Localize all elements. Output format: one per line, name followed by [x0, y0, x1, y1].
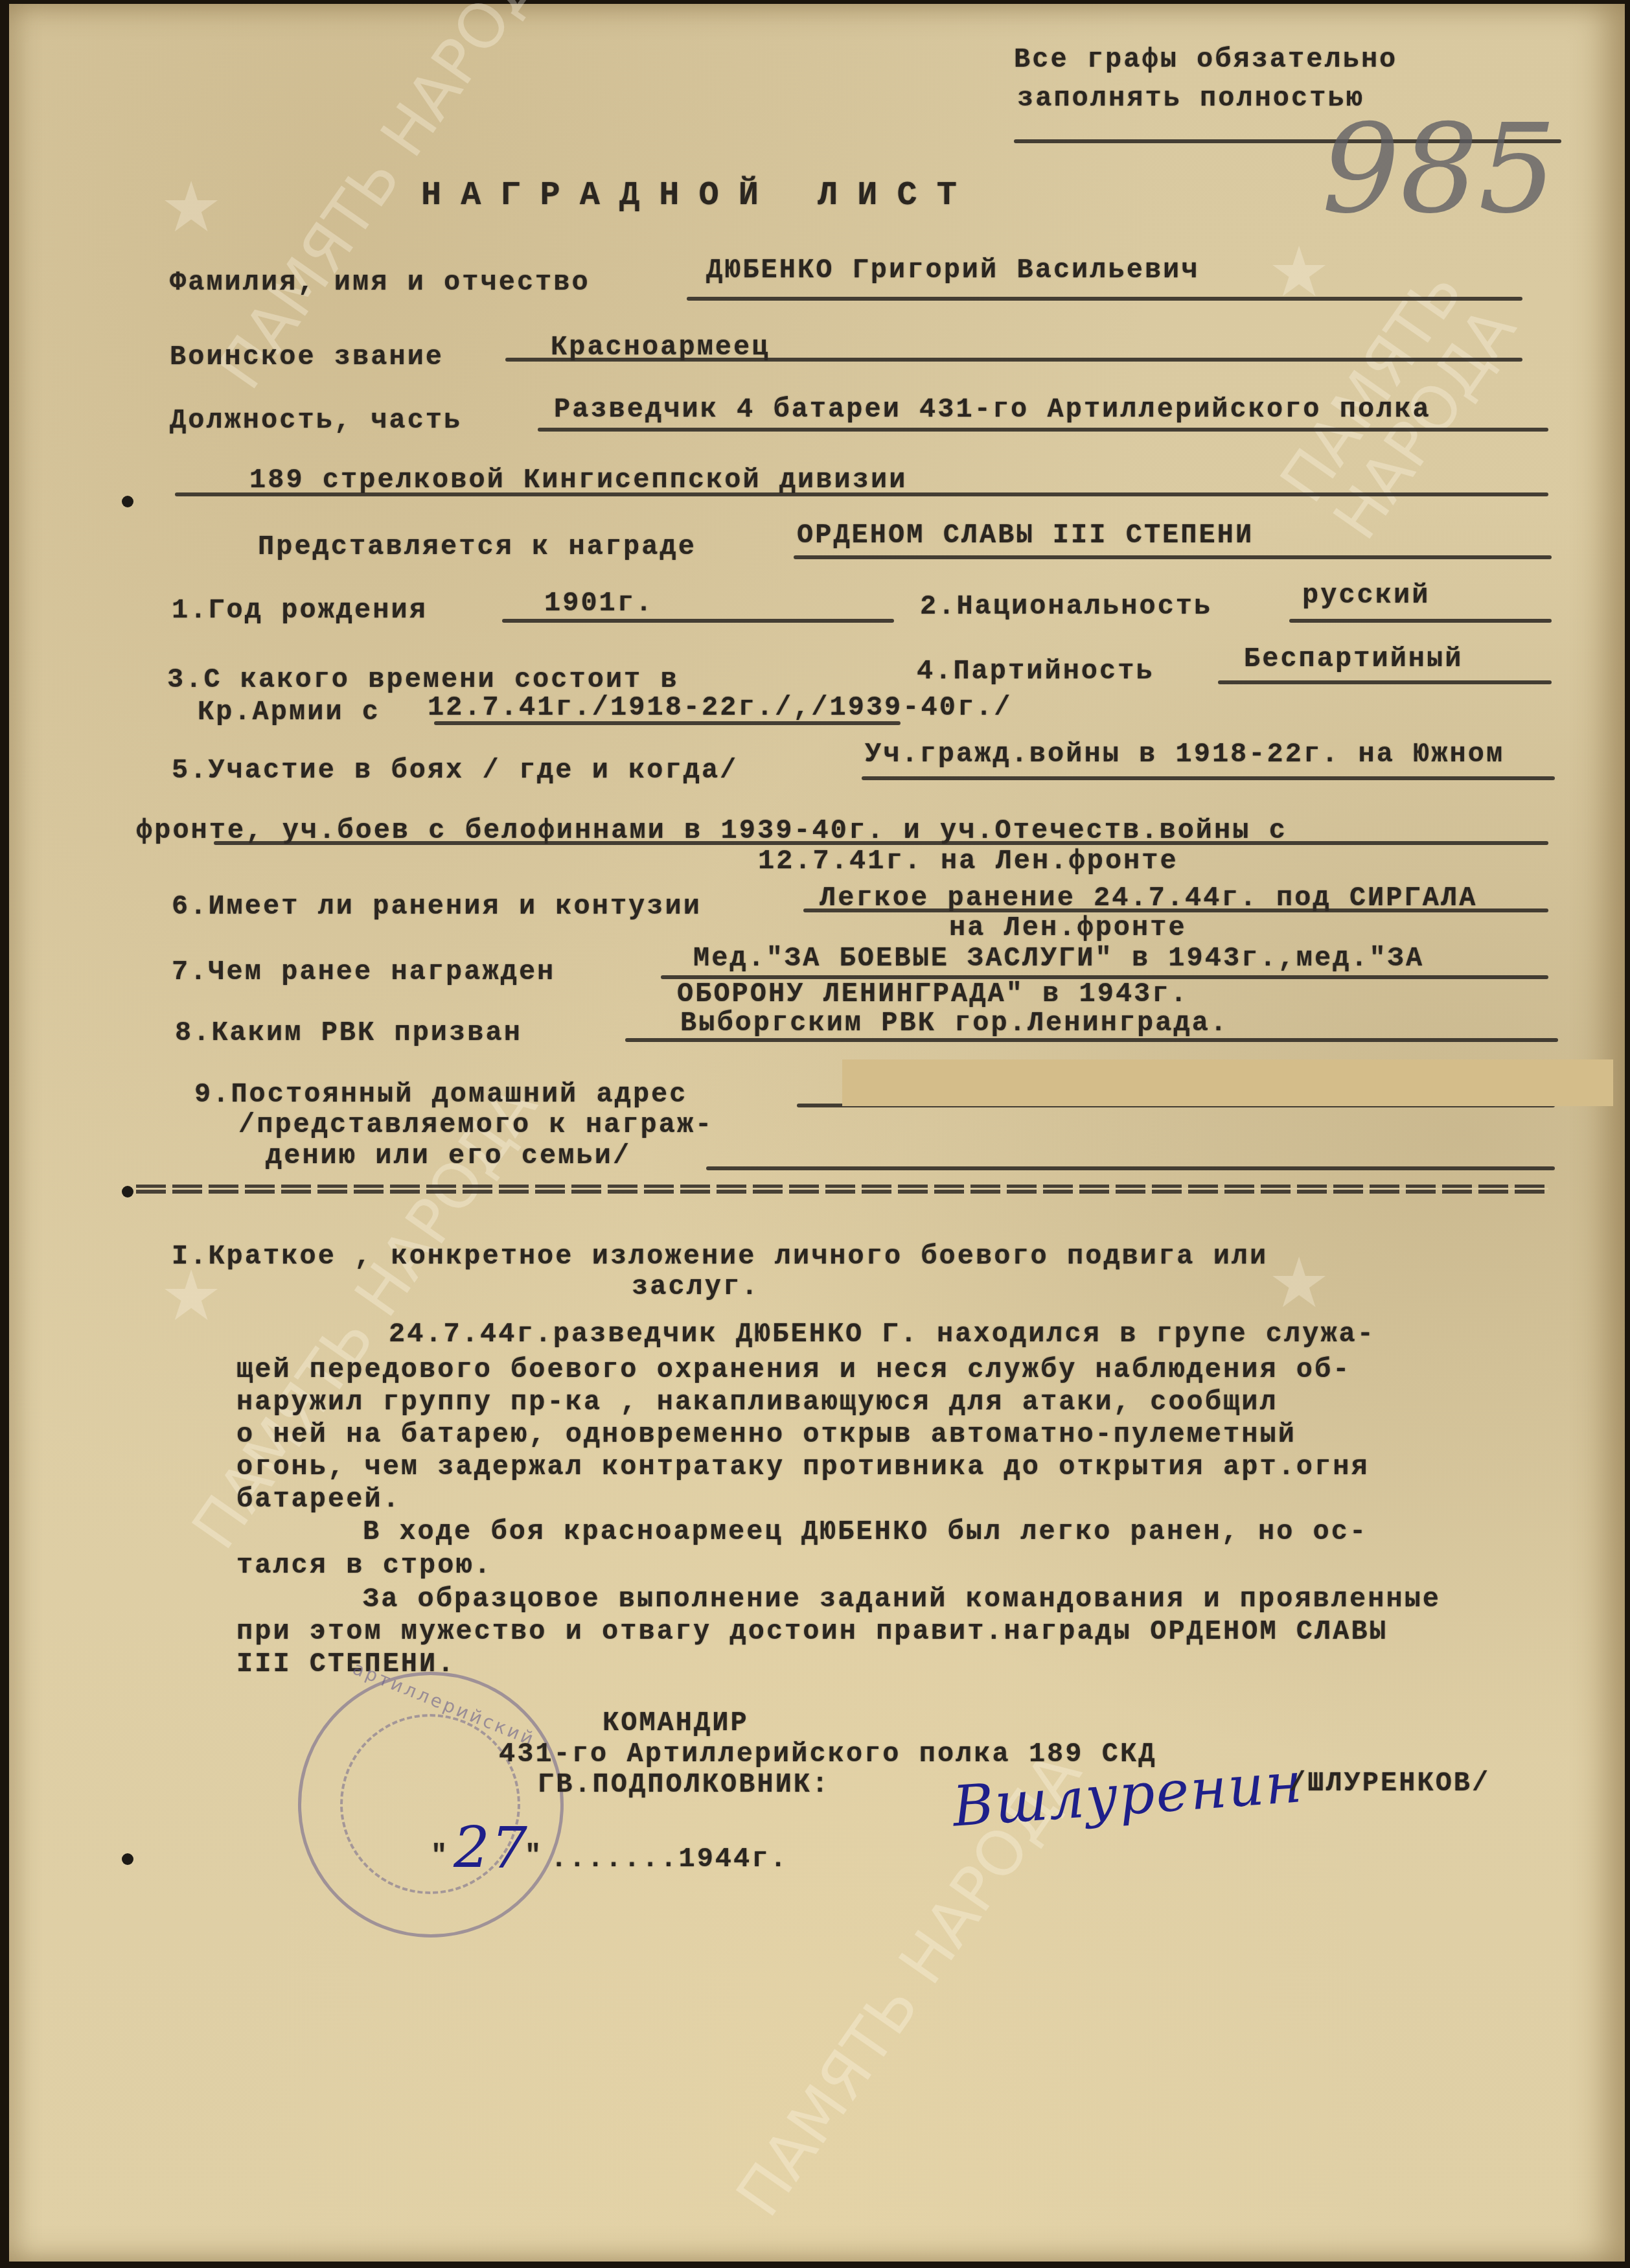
narrative-line: тался в строю. [236, 1550, 492, 1581]
handwritten-date-day: 27 [453, 1814, 529, 1881]
narrative-line: батареей. [236, 1484, 401, 1515]
battles-label: 5.Участие в боях / где и когда/ [172, 755, 738, 786]
battles-underline [862, 776, 1555, 780]
narrative-heading: I.Краткое , конкретное изложение личного… [172, 1241, 1268, 1272]
address-underline-2 [706, 1166, 1555, 1170]
draft-office-underline [625, 1038, 1558, 1042]
punch-hole-mark [122, 1186, 133, 1198]
award-label: Представляется к награде [258, 531, 696, 562]
narrative-line: За образцовое выполнение заданий командо… [363, 1584, 1441, 1615]
signer-title: КОМАНДИР [603, 1707, 749, 1739]
prior-awards-value-continued: ОБОРОНУ ЛЕНИНГРАДА" в 1943г. [677, 978, 1189, 1010]
narrative-line: о ней на батарею, одновременно открыв ав… [236, 1419, 1296, 1450]
narrative-line: щей передового боевого охранения и неся … [236, 1354, 1351, 1385]
watermark-star-icon: ★ [1270, 207, 1328, 327]
draft-office-value: Выборгским РВК гор.Ленинграда. [680, 1008, 1228, 1039]
position-value-continued: 189 стрелковой Кингисеппской дивизии [249, 465, 907, 496]
section-separator [136, 1185, 1548, 1194]
nationality-label: 2.Национальность [920, 591, 1212, 622]
position-label: Должность, часть [170, 405, 462, 436]
position-value: Разведчик 4 батареи 431-го Артиллерийско… [554, 394, 1431, 425]
signer-name: /ШЛУРЕНКОВ/ [1289, 1768, 1490, 1799]
army-since-value: 12.7.41г./1918-22г./,/1939-40г./ [428, 692, 1013, 723]
corner-note: заполнять полностью [1017, 83, 1364, 114]
address-redaction [842, 1059, 1613, 1106]
battles-underline-2 [214, 841, 1548, 845]
narrative-line: 24.7.44г.разведчик ДЮБЕНКО Г. находился … [389, 1319, 1375, 1350]
army-since-label-continued: Кр.Армии с [198, 697, 380, 728]
birth-year-value: 1901г. [544, 588, 654, 619]
punch-hole-mark [122, 1853, 133, 1865]
full-name-underline [687, 297, 1522, 301]
army-since-label: 3.С какого времени состоит в [167, 664, 679, 695]
narrative-heading-continued: заслуг. [632, 1271, 759, 1302]
prior-awards-value: Мед."ЗА БОЕВЫЕ ЗАСЛУГИ" в 1943г.,мед."ЗА [693, 943, 1424, 974]
archive-number: 985 [1322, 97, 1557, 240]
party-value: Беспартийный [1244, 643, 1463, 675]
nationality-value: русский [1302, 580, 1430, 611]
narrative-line: при этом мужество и отвагу достоин прави… [236, 1616, 1388, 1647]
rank-label: Воинское звание [170, 341, 444, 373]
battles-value: Уч.гражд.войны в 1918-22г. на Южном [865, 739, 1504, 770]
punch-hole-mark [122, 496, 133, 507]
full-name-value: ДЮБЕНКО Григорий Васильевич [706, 255, 1200, 286]
watermark-star-icon: ★ [162, 143, 220, 262]
army-since-underline [434, 721, 901, 725]
date-close-quote: " [525, 1840, 543, 1871]
address-label: 9.Постоянный домашний адрес [194, 1079, 688, 1110]
wounds-value-continued: на Лен.фронте [949, 912, 1187, 943]
position-underline [538, 428, 1548, 432]
rank-underline [505, 358, 1522, 362]
party-underline [1218, 680, 1552, 684]
narrative-line: В ходе боя красноармеец ДЮБЕНКО был легк… [363, 1516, 1368, 1547]
date-open-quote: " [431, 1840, 449, 1871]
nationality-underline [1289, 619, 1552, 623]
address-label-continued: /представляемого к награж- [238, 1109, 713, 1140]
award-underline [794, 555, 1552, 559]
birth-year-label: 1.Год рождения [172, 595, 428, 626]
page-title: НАГРАДНОЙ ЛИСТ [421, 176, 976, 214]
full-name-label: Фамилия, имя и отчество [170, 267, 590, 298]
signer-unit: 431-го Артиллерийского полка 189 СКД [499, 1739, 1156, 1770]
wounds-label: 6.Имеет ли ранения и контузии [172, 891, 702, 922]
birth-year-underline [502, 619, 894, 623]
signer-rank: ГВ.ПОДПОЛКОВНИК: [538, 1769, 830, 1800]
position-underline-2 [175, 492, 1548, 496]
draft-office-label: 8.Каким РВК призван [175, 1017, 522, 1048]
corner-note: Все графы обязательно [1014, 44, 1397, 75]
narrative-line: огонь, чем задержал контратаку противник… [236, 1452, 1370, 1483]
narrative-line: наружил группу пр-ка , накапливающуюся д… [236, 1387, 1278, 1418]
address-label-continued-2: дению или его семьи/ [266, 1140, 631, 1172]
battles-value-continued-2: 12.7.41г. на Лен.фронте [758, 846, 1178, 877]
official-stamp: артиллерийский [298, 1672, 564, 1938]
party-label: 4.Партийность [917, 656, 1154, 687]
prior-awards-label: 7.Чем ранее награжден [172, 956, 555, 988]
award-value: ОРДЕНОМ СЛАВЫ III СТЕПЕНИ [797, 520, 1254, 551]
date-month-year: .......1944г. [551, 1844, 788, 1875]
